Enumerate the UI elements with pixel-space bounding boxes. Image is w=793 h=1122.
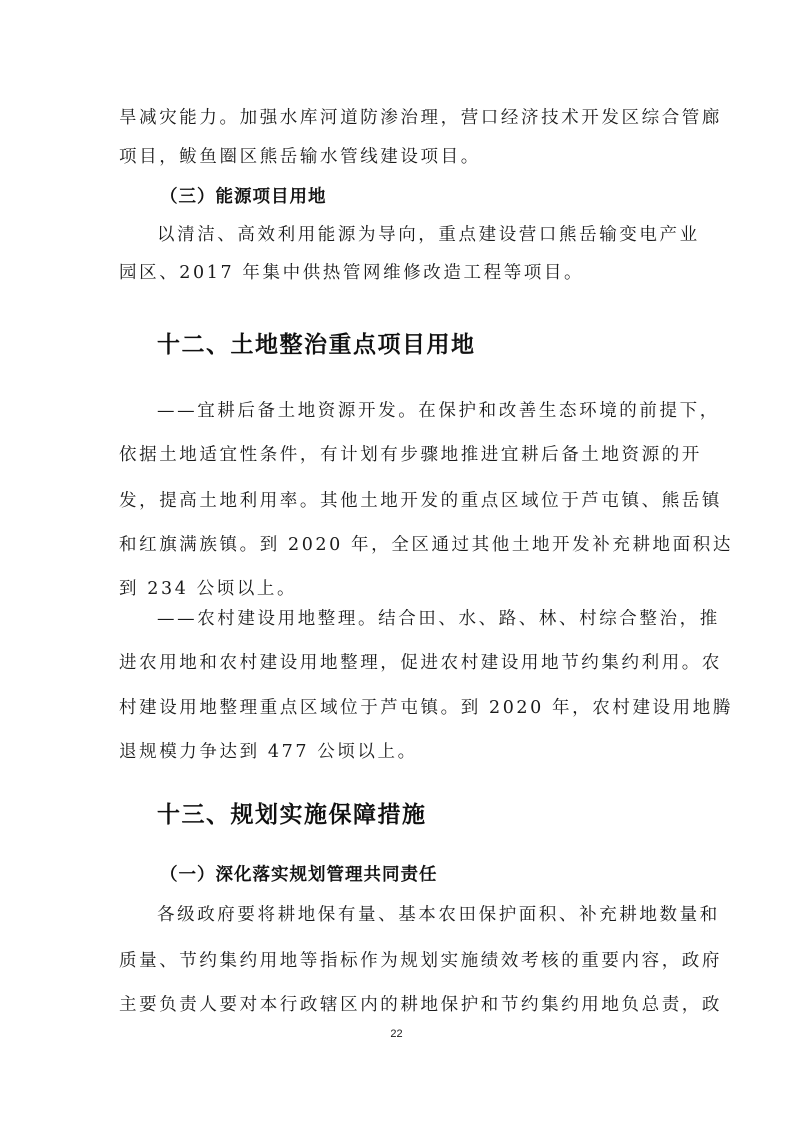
- paragraph-line: 依据土地适宜性条件，有计划有步骤地推进宜耕后备土地资源的开: [119, 444, 675, 466]
- section-heading-12: 十二、土地整治重点项目用地: [157, 330, 476, 360]
- paragraph-line: 退规模力争达到 477 公顷以上。: [119, 741, 675, 763]
- paragraph-line: 村建设用地整理重点区域位于芦屯镇。到 2020 年，农村建设用地腾: [119, 697, 675, 719]
- document-page: 旱减灾能力。加强水库河道防渗治理，营口经济技术开发区综合管廊 项目，鲅鱼圈区熊岳…: [0, 0, 793, 1122]
- subheading-planning-responsibility: （一）深化落实规划管理共同责任: [160, 864, 438, 886]
- page-number: 22: [0, 1028, 793, 1040]
- paragraph-line: 项目，鲅鱼圈区熊岳输水管线建设项目。: [119, 146, 675, 168]
- paragraph-line: 各级政府要将耕地保有量、基本农田保护面积、补充耕地数量和: [157, 904, 675, 926]
- paragraph-line: 旱减灾能力。加强水库河道防渗治理，营口经济技术开发区综合管廊: [119, 107, 675, 129]
- paragraph-line: 园区、2017 年集中供热管网维修改造工程等项目。: [119, 262, 675, 284]
- paragraph-line: ——农村建设用地整理。结合田、水、路、林、村综合整治，推: [157, 608, 675, 630]
- paragraph-line: ——宜耕后备土地资源开发。在保护和改善生态环境的前提下，: [157, 400, 675, 422]
- paragraph-line: 进农用地和农村建设用地整理，促进农村建设用地节约集约利用。农: [119, 652, 675, 674]
- paragraph-line: 发，提高土地利用率。其他土地开发的重点区域位于芦屯镇、熊岳镇: [119, 490, 675, 512]
- paragraph-line: 到 234 公顷以上。: [119, 578, 675, 600]
- paragraph-line: 主要负责人要对本行政辖区内的耕地保护和节约集约用地负总责，政: [119, 994, 675, 1016]
- paragraph-line: 和红旗满族镇。到 2020 年，全区通过其他土地开发补充耕地面积达: [119, 534, 675, 556]
- paragraph-line: 以清洁、高效利用能源为导向，重点建设营口熊岳输变电产业: [157, 224, 675, 246]
- paragraph-line: 质量、节约集约用地等指标作为规划实施绩效考核的重要内容，政府: [119, 950, 675, 972]
- subheading-energy-land: （三）能源项目用地: [160, 186, 327, 208]
- section-heading-13: 十三、规划实施保障措施: [157, 800, 427, 830]
